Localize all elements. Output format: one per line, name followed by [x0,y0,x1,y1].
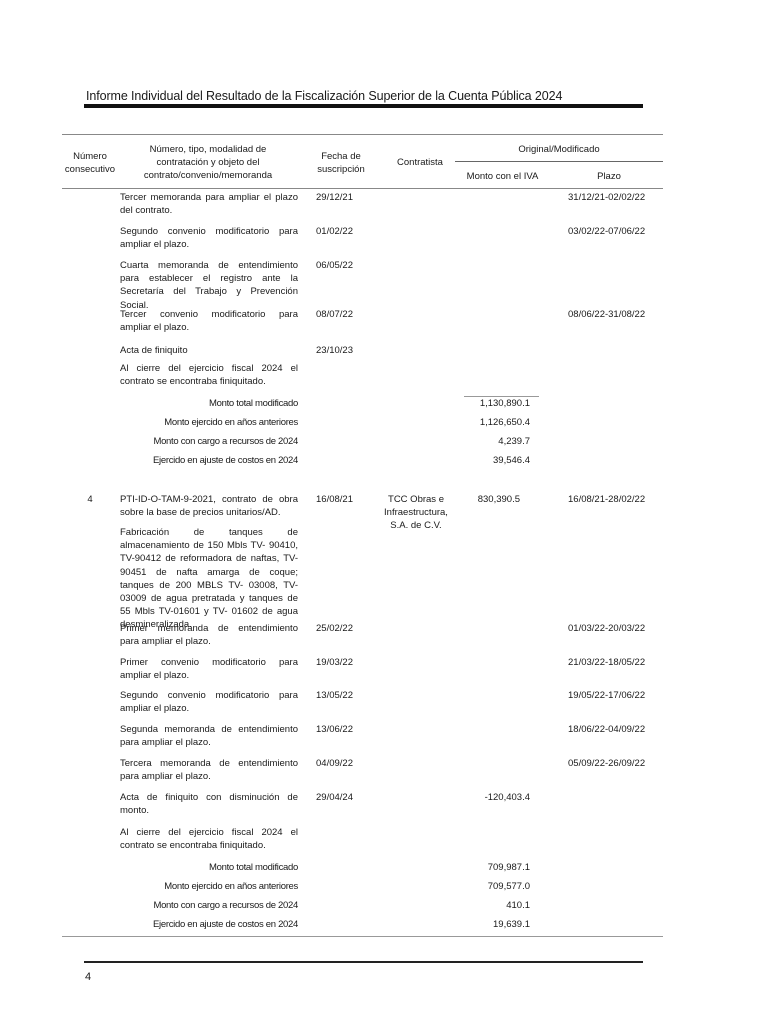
summary-value: 709,987.1 [440,861,530,874]
summary-label: Monto ejercido en años anteriores [100,416,298,429]
row-plazo: 19/05/22-17/06/22 [568,689,645,702]
row-description: Acta de finiquito [120,344,298,357]
row-date: 01/02/22 [316,225,353,238]
col-header-plazo: Plazo [555,170,663,183]
row-plazo: 21/03/22-18/05/22 [568,656,645,669]
row-plazo: 08/06/22-31/08/22 [568,308,645,321]
summary-label: Ejercido en ajuste de costos en 2024 [100,918,298,931]
row-date: 16/08/21 [316,493,353,506]
row-plazo: 16/08/21-28/02/22 [568,493,645,506]
table-top-rule [62,134,663,135]
col-header-objeto: Número, tipo, modalidad decontratación y… [118,143,298,182]
row-description: Segundo convenio modificatorio para ampl… [120,225,298,251]
row-date: 13/05/22 [316,689,353,702]
table-bottom-rule [62,936,663,937]
summary-value: 709,577.0 [440,880,530,893]
page-number: 4 [85,971,91,983]
header-rule [84,104,643,108]
row-date: 23/10/23 [316,344,353,357]
row-plazo: 01/03/22-20/03/22 [568,622,645,635]
summary-value: 4,239.7 [440,435,530,448]
summary-label: Ejercido en ajuste de costos en 2024 [100,454,298,467]
row-date: 25/02/22 [316,622,353,635]
col-header-original-modificado: Original/Modificado [455,143,663,156]
group-rule [455,161,663,162]
summary-value: 19,639.1 [440,918,530,931]
col-header-monto: Monto con el IVA [455,170,550,183]
summary-label: Monto total modificado [100,861,298,874]
row-date: 29/04/24 [316,791,353,804]
row-plazo: 03/02/22-07/06/22 [568,225,645,238]
summary-value: 39,546.4 [440,454,530,467]
row-monto: 830,390.5 [430,493,520,506]
summary-label: Monto total modificado [100,397,298,410]
footer-rule [84,961,643,963]
row-description: Primer memoranda de entendimiento para a… [120,622,298,648]
summary-value: 410.1 [440,899,530,912]
sum-rule [464,396,539,397]
row-description: Cuarta memoranda de entendimiento para e… [120,259,298,312]
summary-value: 1,130,890.1 [440,397,530,410]
row-description: Segunda memoranda de entendimiento para … [120,723,298,749]
row-description: Al cierre del ejercicio fiscal 2024 el c… [120,826,298,852]
col-header-contratista: Contratista [380,156,460,169]
table-header-rule [62,188,663,189]
summary-value: 1,126,650.4 [440,416,530,429]
row-date: 13/06/22 [316,723,353,736]
col-header-numero: Númeroconsecutivo [62,150,118,176]
row-description: Segundo convenio modificatorio para ampl… [120,689,298,715]
row-monto: -120,403.4 [440,791,530,804]
row-date: 04/09/22 [316,757,353,770]
row-description: Tercer convenio modificatorio para ampli… [120,308,298,334]
contract-object: Fabricación de tanques de almacenamiento… [120,526,298,632]
row-plazo: 05/09/22-26/09/22 [568,757,645,770]
row-plazo: 18/06/22-04/09/22 [568,723,645,736]
row-plazo: 31/12/21-02/02/22 [568,191,645,204]
row-date: 29/12/21 [316,191,353,204]
row-description: Primer convenio modificatorio para ampli… [120,656,298,682]
row-date: 19/03/22 [316,656,353,669]
summary-label: Monto con cargo a recursos de 2024 [100,435,298,448]
report-title: Informe Individual del Resultado de la F… [86,89,562,103]
row-description: Tercera memoranda de entendimiento para … [120,757,298,783]
row-description: Al cierre del ejercicio fiscal 2024 el c… [120,362,298,388]
col-header-fecha: Fecha desuscripción [306,150,376,176]
row-date: 08/07/22 [316,308,353,321]
row-description: Tercer memoranda para ampliar el plazo d… [120,191,298,217]
row-date: 06/05/22 [316,259,353,272]
summary-label: Monto con cargo a recursos de 2024 [100,899,298,912]
row-description: Acta de finiquito con disminución de mon… [120,791,298,817]
row-number: 4 [62,493,118,506]
summary-label: Monto ejercido en años anteriores [100,880,298,893]
contract-description: PTI-ID-O-TAM-9-2021, contrato de obra so… [120,493,298,519]
